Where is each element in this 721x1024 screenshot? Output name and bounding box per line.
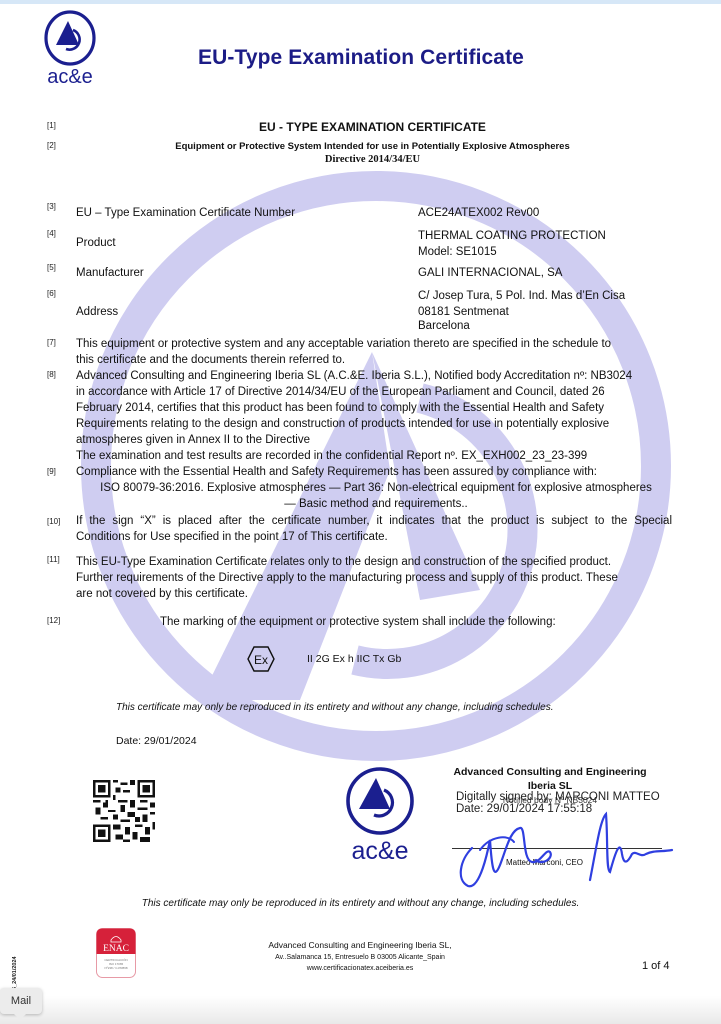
- svg-text:ac&e: ac&e: [47, 66, 93, 86]
- svg-text:Ex: Ex: [254, 653, 268, 667]
- svg-text:Nº238 / C-PR868: Nº238 / C-PR868: [104, 966, 127, 970]
- item-number: [4]: [47, 229, 56, 238]
- address-line: C/ Josep Tura, 5 Pol. Ind. Mas d’En Cisa: [418, 289, 625, 305]
- report-reference: The examination and test results are rec…: [76, 449, 587, 465]
- standard-reference: — Basic method and requirements..: [76, 497, 676, 513]
- item-number: [11]: [47, 555, 60, 564]
- marking-intro: The marking of the equipment or protecti…: [160, 615, 556, 631]
- paragraph-line: Conditions for Use specified in the poin…: [76, 530, 388, 546]
- standard-reference: ISO 80079-36:2016. Explosive atmospheres…: [76, 481, 676, 497]
- ex-hexagon-icon: Ex: [246, 645, 276, 673]
- manufacturer-label: Manufacturer: [76, 266, 144, 282]
- directive-label: Directive 2014/34/EU: [0, 153, 721, 167]
- certificate-heading: EU - TYPE EXAMINATION CERTIFICATE: [0, 120, 721, 136]
- paragraph-line: If the sign “X” is placed after the cert…: [76, 514, 672, 530]
- item-number: [12]: [47, 616, 60, 625]
- paragraph-line: in accordance with Article 17 of Directi…: [76, 385, 605, 401]
- paragraph-line: February 2014, certifies that this produ…: [76, 401, 604, 417]
- item-number: [5]: [47, 263, 56, 272]
- qr-code-icon: [93, 780, 155, 842]
- page-title: EU-Type Examination Certificate: [198, 46, 524, 70]
- mail-tooltip: Mail: [0, 988, 42, 1014]
- item-number: [9]: [47, 467, 56, 476]
- enac-accreditation-icon: ENAC CERTIFICACIÓN ISO 17065 Nº238 / C-P…: [96, 928, 136, 978]
- item-number: [8]: [47, 370, 56, 379]
- paragraph-line: This EU-Type Examination Certificate rel…: [76, 555, 611, 571]
- reproduction-note: This certificate may only be reproduced …: [116, 700, 553, 716]
- paragraph-line: this certificate and the documents there…: [76, 353, 345, 369]
- ace-logo-icon: ac&e: [340, 765, 420, 863]
- signatory-company: Advanced Consulting and Engineering: [430, 765, 670, 779]
- certificate-date: Date: 29/01/2024: [116, 734, 197, 750]
- bottom-toolbar-shadow: [0, 996, 721, 1024]
- footer-address: Av..Salamanca 15, Entresuelo B 03005 Ali…: [200, 953, 520, 963]
- cert-number-value: ACE24ATEX002 Rev00: [418, 206, 539, 222]
- footer-reproduction-note: This certificate may only be reproduced …: [0, 896, 721, 912]
- svg-text:ENAC: ENAC: [103, 944, 129, 954]
- ace-logo-icon: ac&e: [40, 10, 104, 86]
- marking-code: II 2G Ex h IIC Tx Gb: [307, 652, 401, 668]
- handwritten-signature-icon: [450, 810, 680, 890]
- item-number: [10]: [47, 517, 60, 526]
- address-label: Address: [76, 305, 118, 321]
- paragraph-line: are not covered by this certificate.: [76, 587, 248, 603]
- footer-company: Advanced Consulting and Engineering Iber…: [200, 939, 520, 951]
- paragraph-line: Requirements relating to the design and …: [76, 417, 609, 433]
- paragraph-line: This equipment or protective system and …: [76, 337, 611, 353]
- address-line: Barcelona: [418, 319, 470, 335]
- paragraph-line: atmospheres given in Annex II to the Dir…: [76, 433, 310, 449]
- paragraph-line: Advanced Consulting and Engineering Iber…: [76, 369, 632, 385]
- item-number: [3]: [47, 202, 56, 211]
- item-number: [6]: [47, 289, 56, 298]
- paragraph-line: Compliance with the Essential Health and…: [76, 465, 597, 481]
- product-value: THERMAL COATING PROTECTION: [418, 229, 606, 245]
- product-model: Model: SE1015: [418, 245, 497, 261]
- certificate-subheading: Equipment or Protective System Intended …: [0, 140, 721, 154]
- manufacturer-value: GALI INTERNACIONAL, SA: [418, 266, 562, 282]
- paragraph-line: Further requirements of the Directive ap…: [76, 571, 618, 587]
- page-number: 1 of 4: [642, 959, 670, 975]
- item-number: [7]: [47, 338, 56, 347]
- footer-website-link[interactable]: www.certificacionatex.aceiberia.es: [200, 964, 520, 974]
- cert-number-label: EU – Type Examination Certificate Number: [76, 206, 295, 222]
- svg-text:ac&e: ac&e: [352, 837, 409, 863]
- product-label: Product: [76, 236, 116, 252]
